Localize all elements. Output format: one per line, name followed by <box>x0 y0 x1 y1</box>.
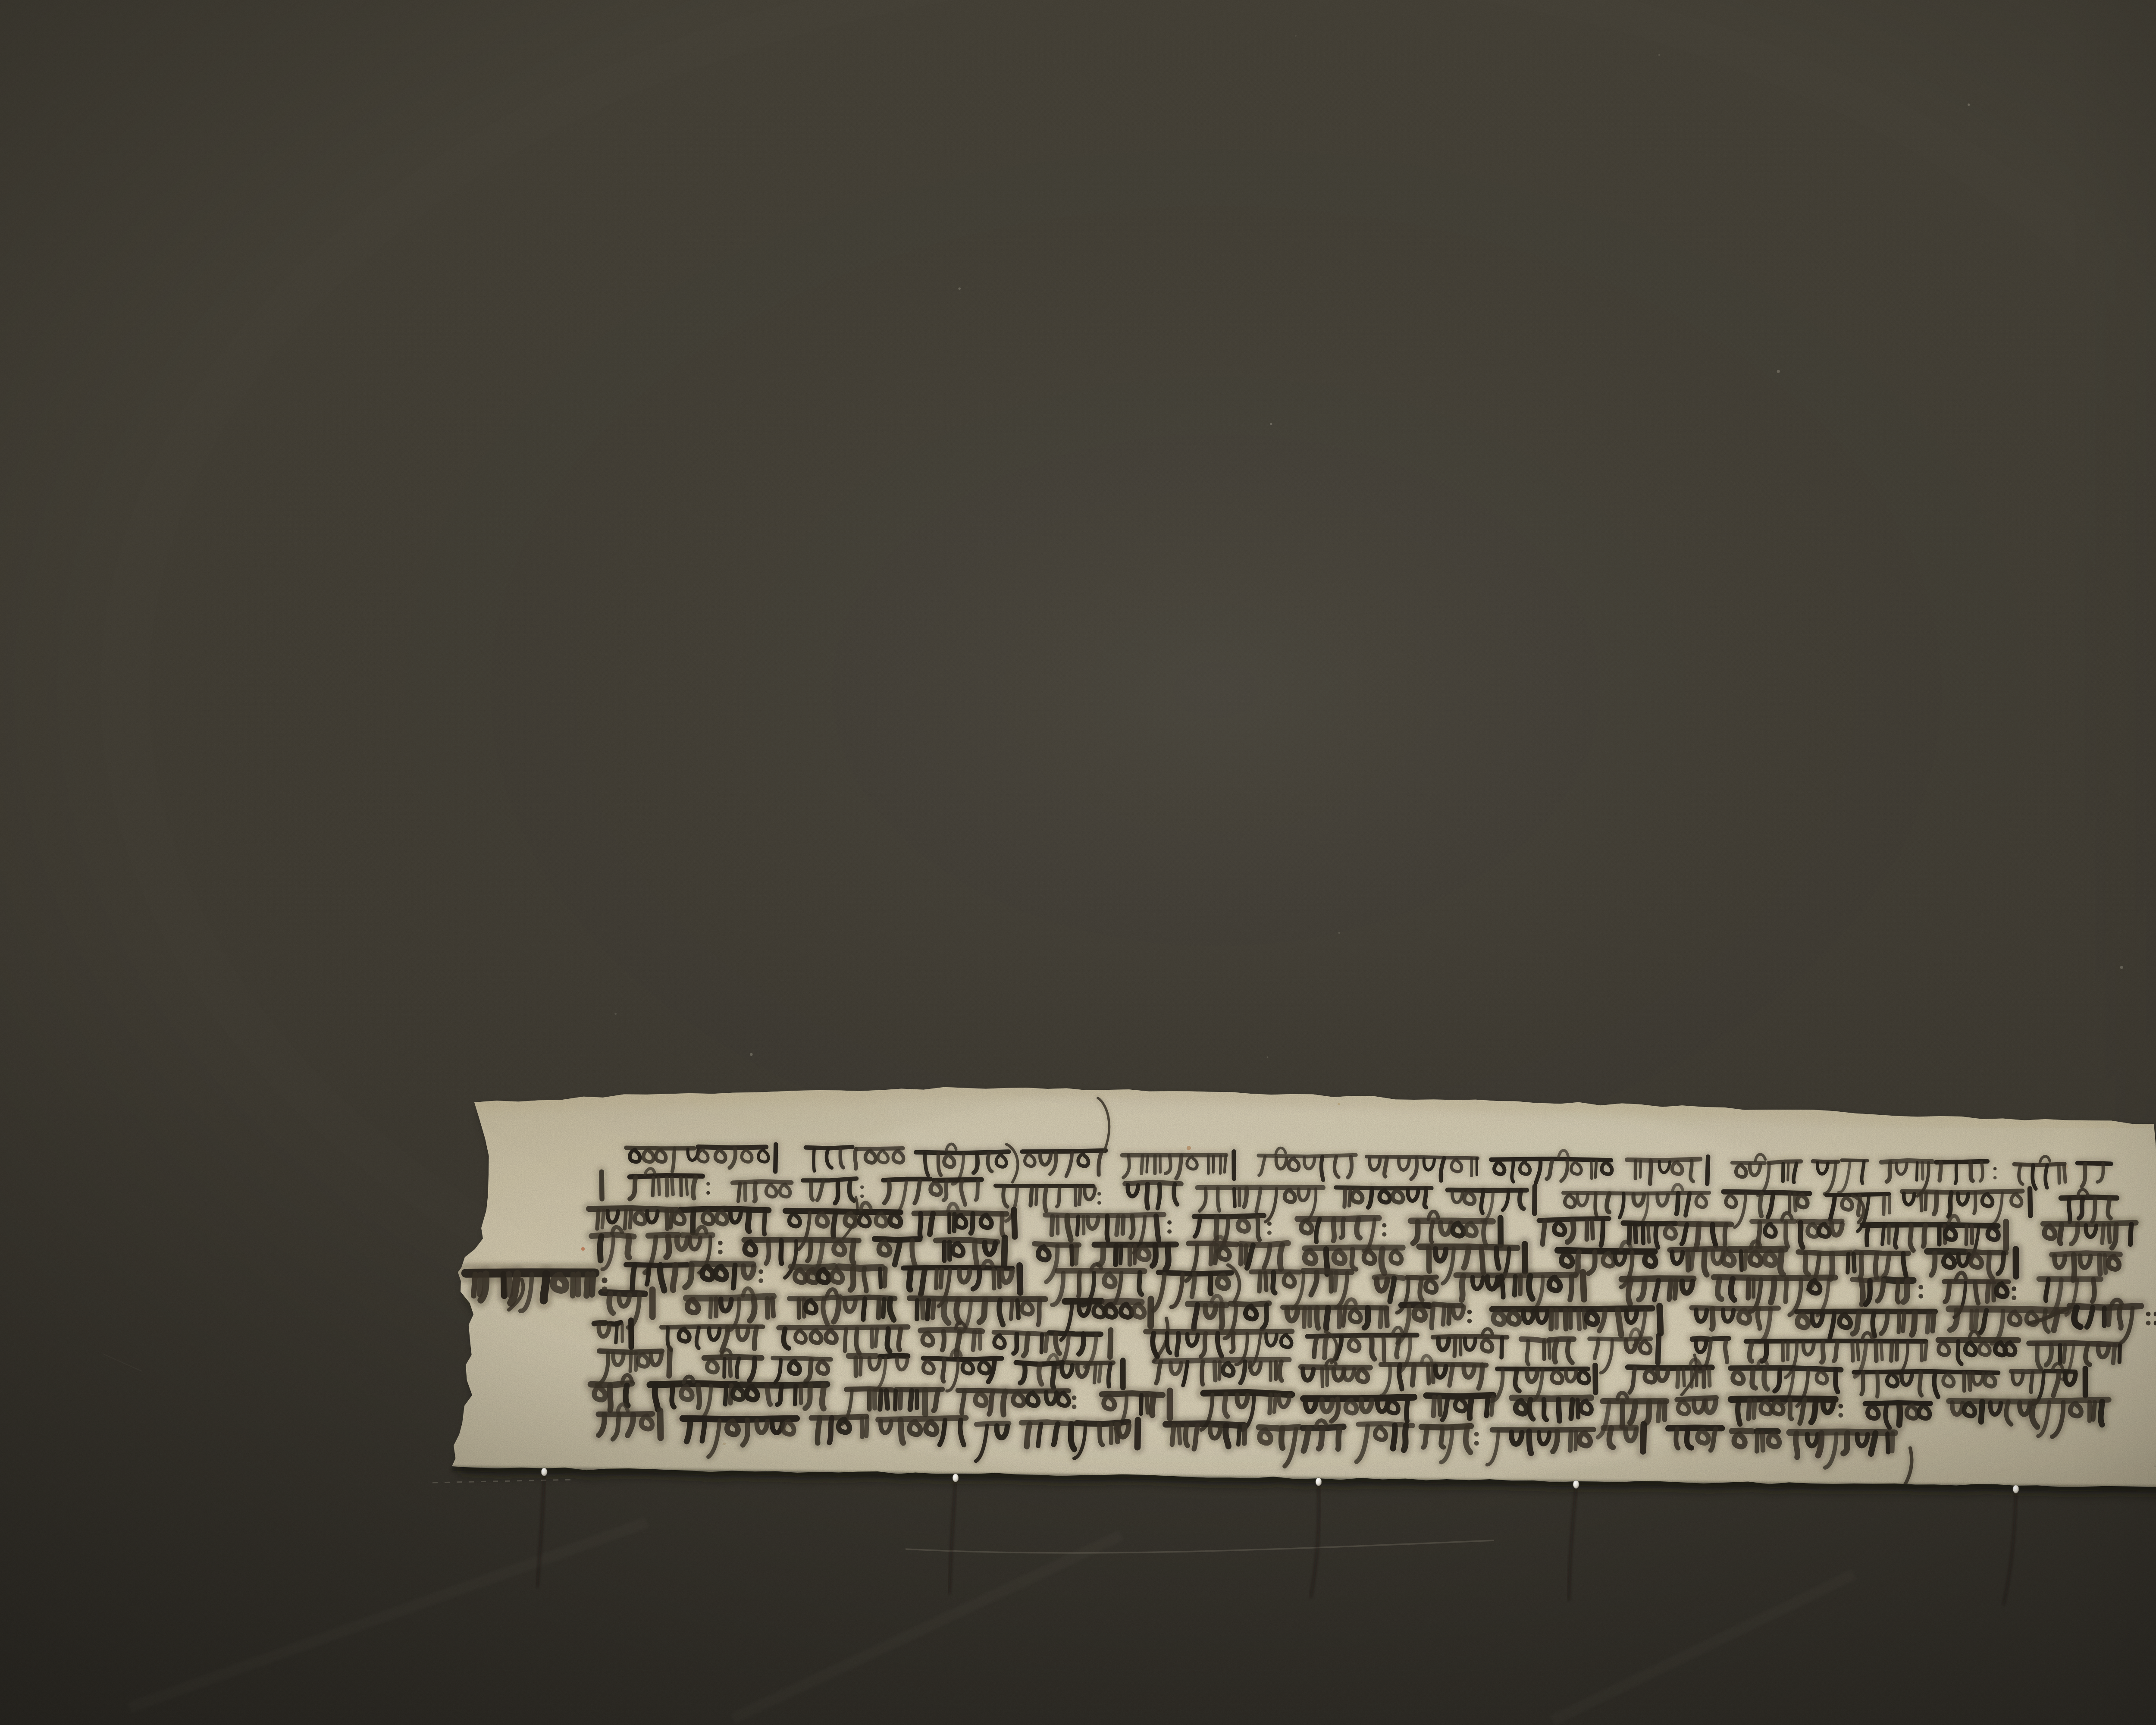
photo-scene <box>0 0 2156 1725</box>
right-edge-shading <box>0 0 2156 1725</box>
manuscript-photo: Bengali script (Sanskrit text), handwrit… <box>0 0 2156 1725</box>
